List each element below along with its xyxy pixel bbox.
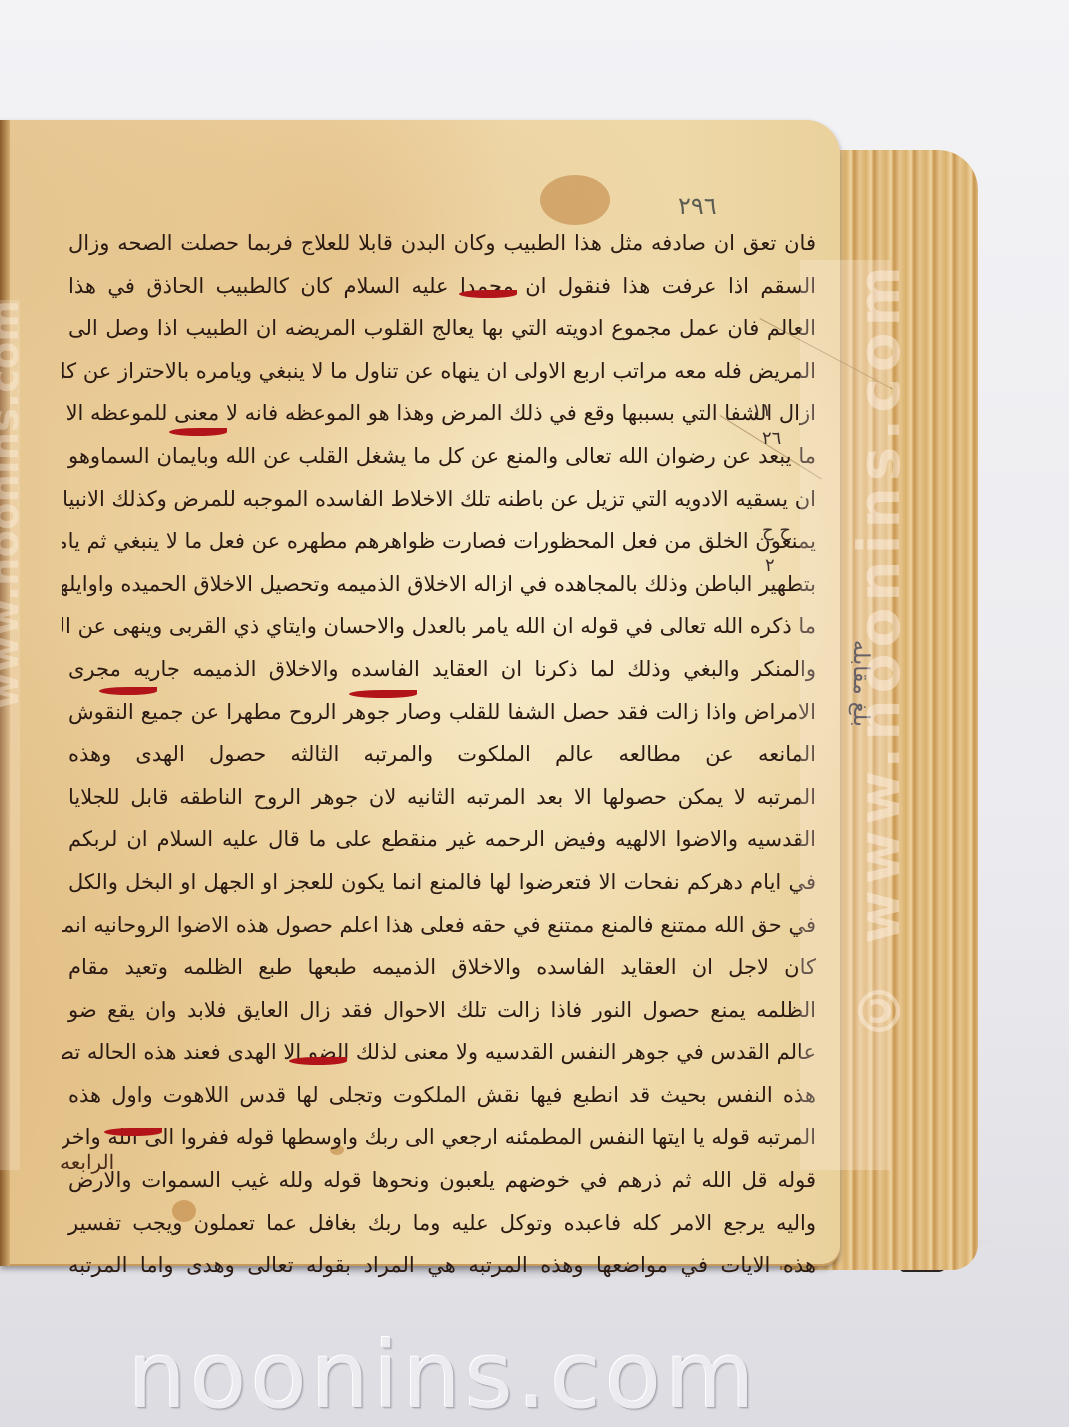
rubric-mark: [289, 1057, 347, 1065]
text-line: يمنعون الخلق من فعل المحظورات فصارت ظواه…: [62, 520, 822, 563]
text-line: واليه يرجع الامر كله فاعبده وتوكل عليه و…: [62, 1202, 822, 1245]
text-line: بتطهير الباطن وذلك بالمجاهده في ازاله ال…: [62, 563, 822, 606]
margin-note: ح ح: [762, 520, 791, 541]
ink-stain: [540, 175, 610, 225]
catchword: الرابعه: [60, 1150, 114, 1174]
rubric-mark: [104, 1128, 162, 1136]
text-line: ان يسقيه الادويه التي تزيل عن باطنه تلك …: [62, 478, 822, 521]
text-line: عالم القدس في جوهر النفس القدسيه ولا معن…: [62, 1031, 822, 1074]
text-line: كان لاجل ان العقايد الفاسده والاخلاق الذ…: [62, 946, 822, 989]
margin-note: ١١: [752, 400, 771, 421]
watermark-right: © www.noonins.com: [845, 260, 913, 1044]
text-line: المانعه عن مطالعه عالم الملكوت والمرتبه …: [62, 733, 822, 776]
margin-note: ٢: [765, 555, 775, 576]
margin-note: ٢٦: [762, 428, 781, 449]
text-line: في حق الله ممتنع فالمنع ممتنع في حقه فعل…: [62, 904, 822, 947]
text-line: الظلمه يمنع حصول النور فاذا زالت تلك الا…: [62, 989, 822, 1032]
text-line: المرتبه لا يمكن حصولها الا بعد المرتبه ا…: [62, 776, 822, 819]
rubric-mark: [349, 690, 417, 698]
manuscript-text: فان تعق ان صادفه مثل هذا الطبيب وكان الب…: [62, 222, 822, 1287]
rubric-mark: [459, 290, 517, 298]
text-line: ما ذكره الله تعالى في قوله ان الله يامر …: [62, 605, 822, 648]
text-line: ما يبعد عن رضوان الله تعالى والمنع عن كل…: [62, 435, 822, 478]
text-line: هذه النفس بحيث قد انطبع فيها نقش الملكوت…: [62, 1074, 822, 1117]
text-line: في ايام دهركم نفحات الا فتعرضوا لها فالم…: [62, 861, 822, 904]
rubric-mark: [169, 428, 227, 436]
text-line: السقم اذا عرفت هذا فنقول ان محمدا عليه ا…: [62, 265, 822, 308]
rubric-mark: [99, 687, 157, 695]
text-line: العالم فان عمل مجموع ادويته التي بها يعا…: [62, 307, 822, 350]
text-line: فان تعق ان صادفه مثل هذا الطبيب وكان الب…: [62, 222, 822, 265]
watermark-bottom: noonins.com: [128, 1322, 759, 1427]
text-line: المريض فله معه مراتب اربع الاولى ان ينها…: [62, 350, 822, 393]
text-line: الامراض واذا زالت فقد حصل الشفا للقلب وص…: [62, 691, 822, 734]
text-line: والمنكر والبغي وذلك لما ذكرنا ان العقايد…: [62, 648, 822, 691]
text-line: قوله قل الله ثم ذرهم في خوضهم يلعبون ونح…: [62, 1159, 822, 1202]
watermark-left: www.noonins.com: [0, 300, 28, 709]
text-line: المرتبه قوله يا ايتها النفس المطمئنه ارج…: [62, 1116, 822, 1159]
text-line: هذه الايات في مواضعها وهذه المرتبه هي ال…: [62, 1244, 822, 1287]
folio-number: ٢٩٦: [678, 192, 717, 220]
text-line: القدسيه والاضوا الالهيه وفيض الرحمه غير …: [62, 818, 822, 861]
